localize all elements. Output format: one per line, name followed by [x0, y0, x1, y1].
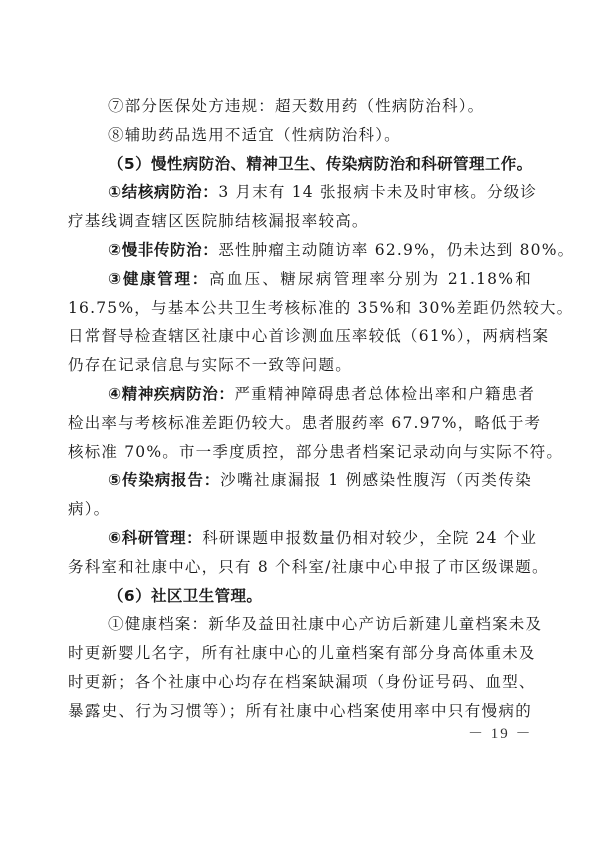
paragraph-line: ⑤传染病报告：沙嘴社康漏报 1 例感染性腹泻（丙类传染	[68, 466, 532, 495]
line-text: 疗基线调查辖区医院肺结核漏报率较高。	[68, 212, 369, 230]
paragraph-line: ③健康管理：高血压、糖尿病管理率分别为 21.18%和	[68, 265, 532, 294]
item-label: ⑥科研管理：	[108, 529, 202, 547]
line-text: 时更新婴儿名字，所有社康中心的儿童档案有部分身高体重未及	[68, 644, 536, 662]
paragraph-line: 日常督导检查辖区社康中心首诊测血压率较低（61%），两病档案	[68, 322, 532, 351]
paragraph-line: 检出率与考核标准差距仍较大。患者服药率 67.97%，略低于考	[68, 409, 532, 438]
line-text: 科研课题申报数量仍相对较少，全院 24 个业	[202, 529, 537, 547]
section-heading-6: （6）社区卫生管理。	[68, 582, 532, 611]
line-text: 恶性肿瘤主动随访率 62.9%，仍未达到 80%。	[218, 241, 574, 259]
line-text: 高血压、糖尿病管理率分别为 21.18%和	[209, 270, 532, 288]
line-text: 3 月末有 14 张报病卡未及时审核。分级诊	[218, 183, 537, 201]
line-text: 核标准 70%。市一季度质控，部分患者档案记录动向与实际不符。	[68, 443, 563, 461]
line-text: 检出率与考核标准差距仍较大。患者服药率 67.97%，略低于考	[68, 414, 541, 432]
paragraph-line: ⑧辅助药品选用不适宜（性病防治科）。	[68, 121, 532, 150]
line-text: 仍存在记录信息与实际不一致等问题。	[68, 356, 352, 374]
section-heading-5: （5）慢性病防治、精神卫生、传染病防治和科研管理工作。	[68, 150, 532, 179]
line-text: ⑦部分医保处方违规：超天数用药（性病防治科）。	[108, 97, 484, 115]
item-label: ①结核病防治：	[108, 183, 218, 201]
line-text: 沙嘴社康漏报 1 例感染性腹泻（丙类传染	[220, 471, 532, 489]
line-text: 严重精神障碍患者总体检出率和户籍患者	[234, 385, 535, 403]
line-text: 病）。	[68, 500, 110, 518]
heading-text: （6）社区卫生管理。	[108, 587, 262, 605]
line-text: 日常督导检查辖区社康中心首诊测血压率较低（61%），两病档案	[68, 327, 549, 345]
document-page: ⑦部分医保处方违规：超天数用药（性病防治科）。 ⑧辅助药品选用不适宜（性病防治科…	[68, 92, 532, 726]
item-label: ⑤传染病报告：	[108, 471, 220, 489]
paragraph-line: 16.75%，与基本公共卫生考核标准的 35%和 30%差距仍然较大。	[68, 294, 532, 323]
line-text: 暴露史、行为习惯等）；所有社康中心档案使用率中只有慢病的	[68, 702, 532, 720]
paragraph-line: 时更新；各个社康中心均存在档案缺漏项（身份证号码、血型、	[68, 668, 532, 697]
item-label: ②慢非传防治：	[108, 241, 218, 259]
paragraph-line: 暴露史、行为习惯等）；所有社康中心档案使用率中只有慢病的	[68, 697, 532, 726]
paragraph-line: 仍存在记录信息与实际不一致等问题。	[68, 351, 532, 380]
line-text: 务科室和社康中心，只有 8 个科室/社康中心申报了市区级课题。	[68, 558, 549, 576]
paragraph-line: ①结核病防治：3 月末有 14 张报病卡未及时审核。分级诊	[68, 178, 532, 207]
paragraph-line: 务科室和社康中心，只有 8 个科室/社康中心申报了市区级课题。	[68, 553, 532, 582]
heading-text: （5）慢性病防治、精神卫生、传染病防治和科研管理工作。	[108, 155, 533, 173]
paragraph-line: ④精神疾病防治：严重精神障碍患者总体检出率和户籍患者	[68, 380, 532, 409]
paragraph-line: ②慢非传防治：恶性肿瘤主动随访率 62.9%，仍未达到 80%。	[68, 236, 532, 265]
paragraph-line: 病）。	[68, 495, 532, 524]
line-text: ⑧辅助药品选用不适宜（性病防治科）。	[108, 126, 401, 144]
paragraph-line: ⑥科研管理：科研课题申报数量仍相对较少，全院 24 个业	[68, 524, 532, 553]
paragraph-line: 核标准 70%。市一季度质控，部分患者档案记录动向与实际不符。	[68, 438, 532, 467]
item-label: ④精神疾病防治：	[108, 385, 234, 403]
paragraph-line: 疗基线调查辖区医院肺结核漏报率较高。	[68, 207, 532, 236]
paragraph-line: ①健康档案：新华及益田社康中心产访后新建儿童档案未及	[68, 610, 532, 639]
line-text: 16.75%，与基本公共卫生考核标准的 35%和 30%差距仍然较大。	[68, 299, 573, 317]
line-text: 时更新；各个社康中心均存在档案缺漏项（身份证号码、血型、	[68, 673, 536, 691]
page-number: － 19 －	[468, 722, 533, 743]
paragraph-line: ⑦部分医保处方违规：超天数用药（性病防治科）。	[68, 92, 532, 121]
item-label: ③健康管理：	[108, 270, 209, 288]
paragraph-line: 时更新婴儿名字，所有社康中心的儿童档案有部分身高体重未及	[68, 639, 532, 668]
line-text: ①健康档案：新华及益田社康中心产访后新建儿童档案未及	[108, 615, 542, 633]
